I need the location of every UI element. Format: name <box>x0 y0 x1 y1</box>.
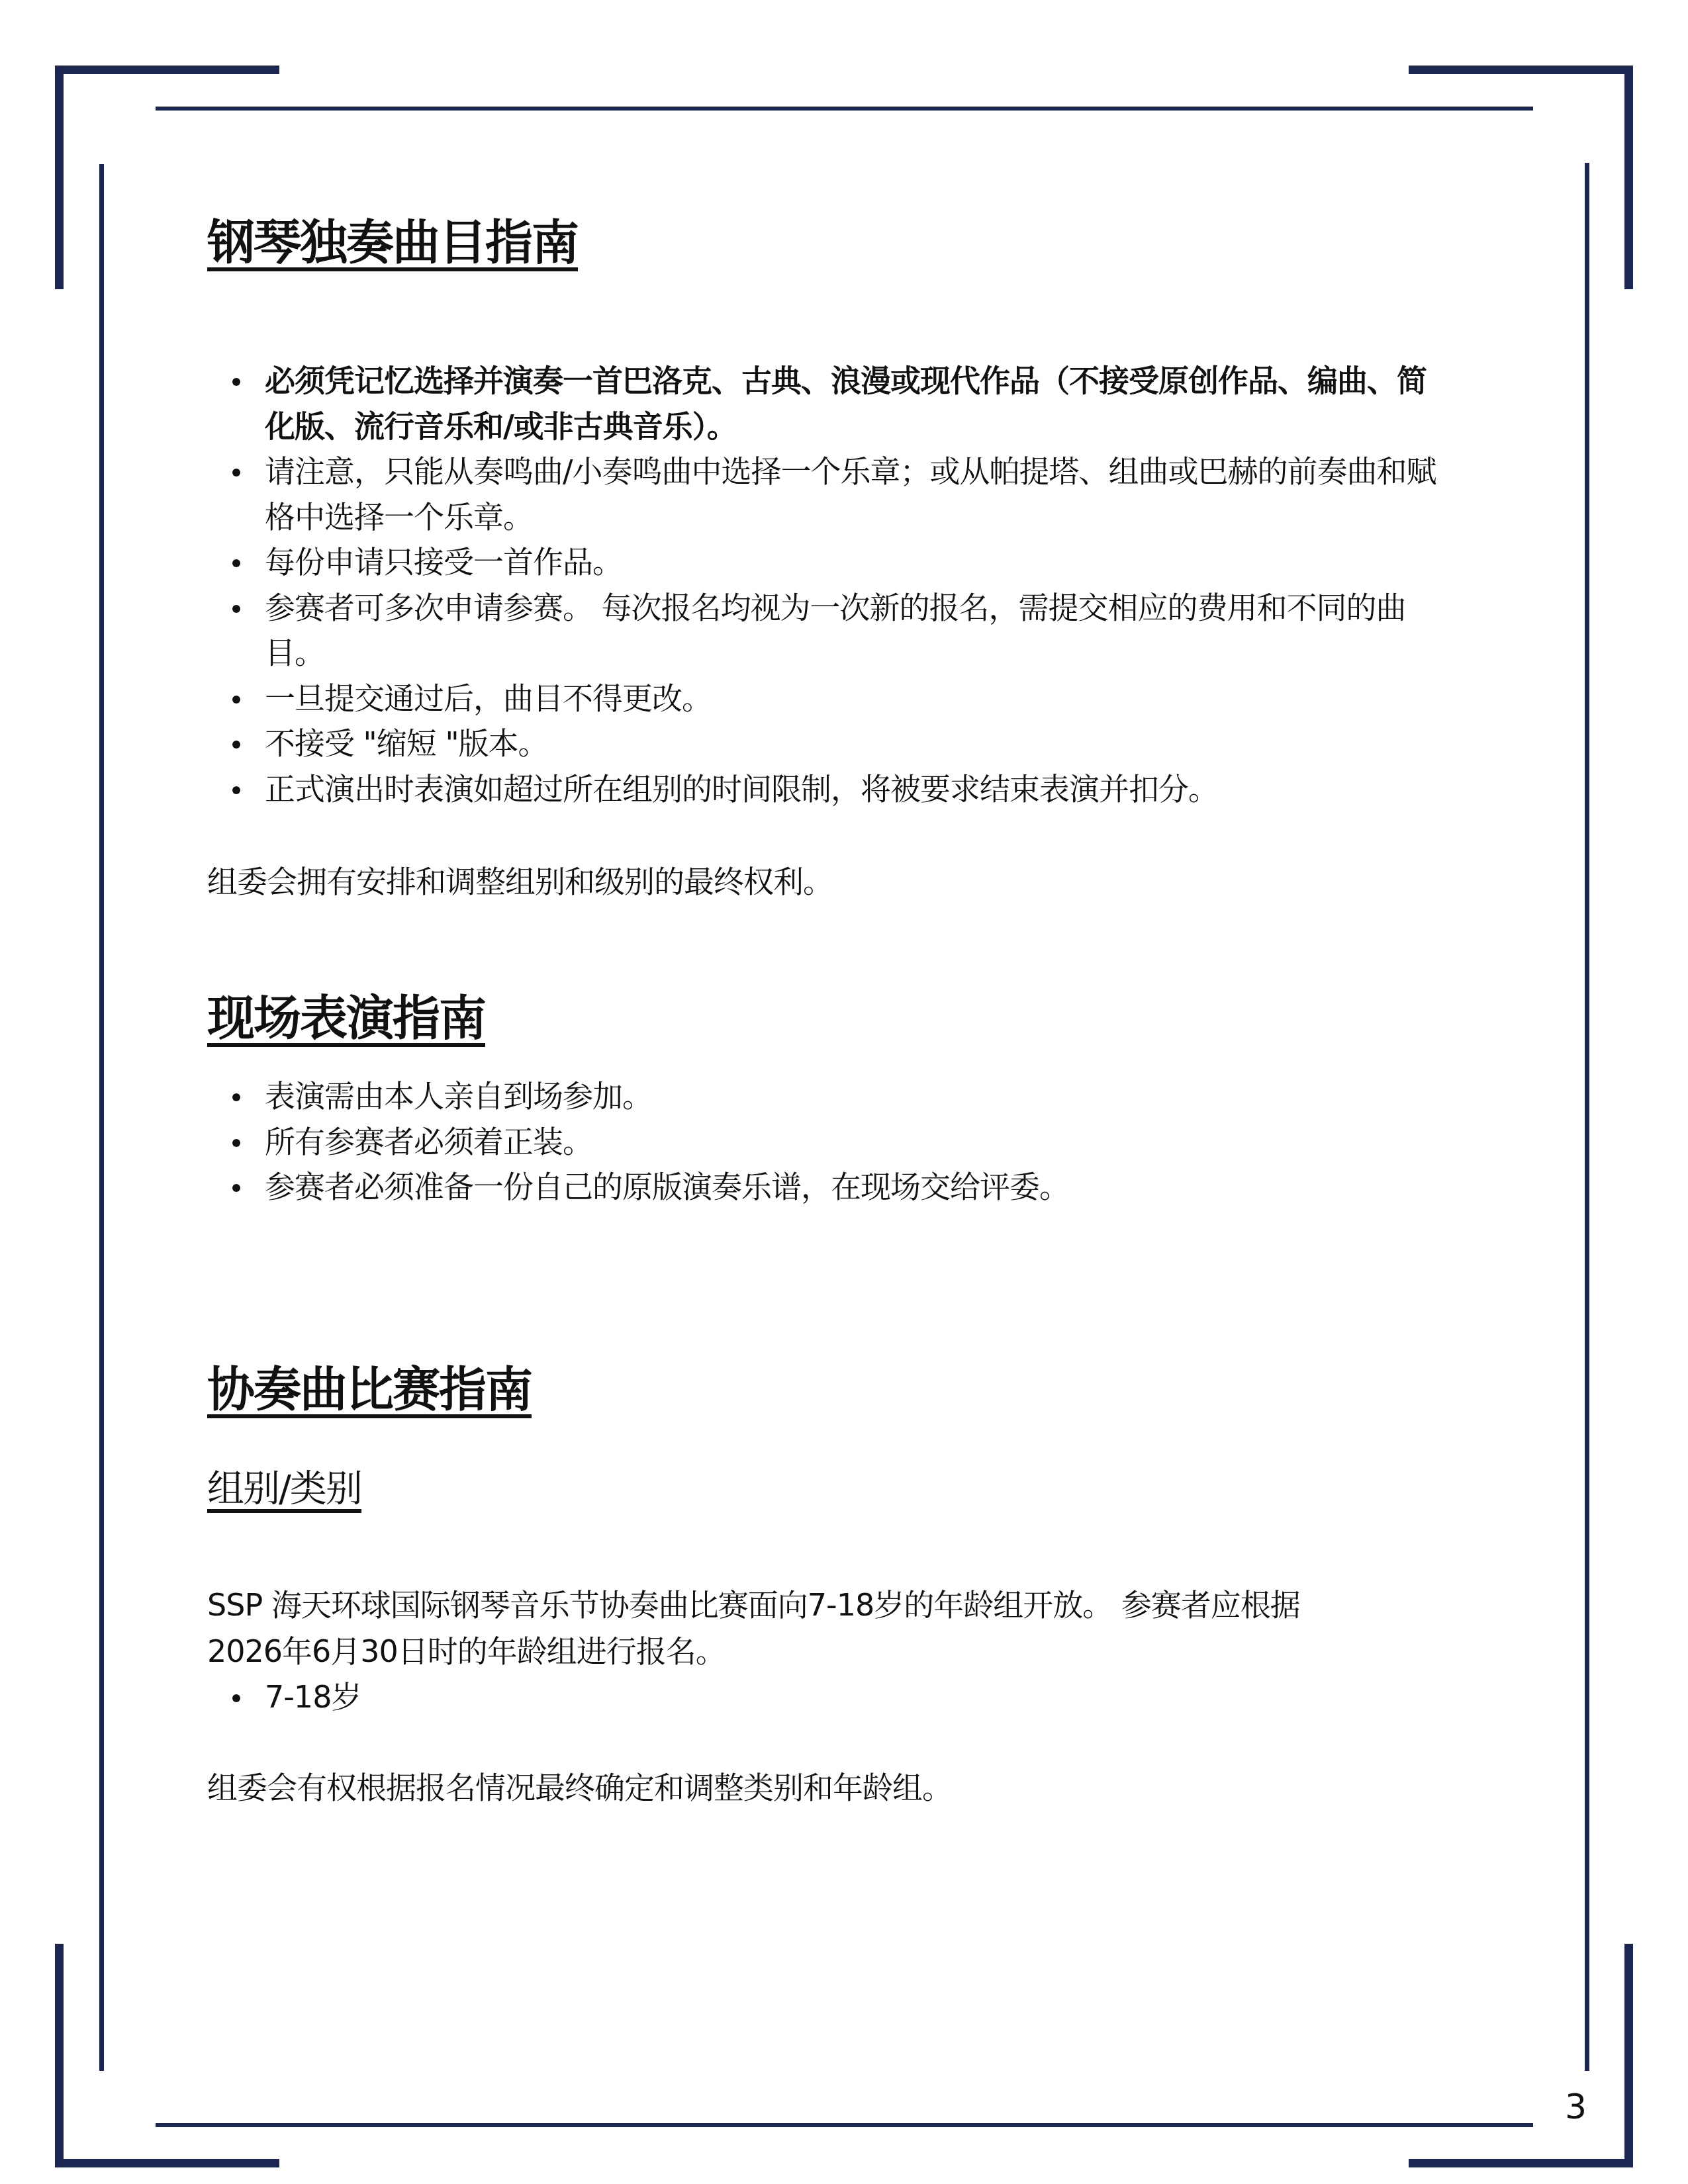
inner-left-rule <box>99 164 104 2071</box>
list-item: 7-18岁 <box>207 1674 1465 1720</box>
organizer-rights-note: 组委会拥有安排和调整组别和级别的最终权利。 <box>207 858 1465 905</box>
bullet-icon <box>232 1184 240 1192</box>
section-concerto: 协奏曲比赛指南 <box>207 1365 1465 1418</box>
concerto-intro: SSP 海天环球国际钢琴音乐节协奏曲比赛面向7-18岁的年龄组开放。 参赛者应根… <box>207 1582 1465 1674</box>
list-item: 请注意，只能从奏鸣曲/小奏鸣曲中选择一个乐章；或从帕提塔、组曲或巴赫的前奏曲和赋… <box>207 449 1443 539</box>
list-item: 参赛者必须准备一份自己的原版演奏乐谱，在现场交给评委。 <box>207 1164 1465 1210</box>
solo-rules-list: 必须凭记忆选择并演奏一首巴洛克、古典、浪漫或现代作品（不接受原创作品、编曲、简化… <box>207 358 1465 811</box>
section-live-performance: 现场表演指南 <box>207 994 1465 1047</box>
bullet-icon <box>232 1694 240 1702</box>
frame-top-left-horizontal <box>55 66 279 74</box>
section-solo-repertoire: 钢琴独奏曲目指南 <box>207 218 1465 271</box>
bullet-icon <box>232 696 240 704</box>
bullet-icon <box>232 741 240 749</box>
list-item: 一旦提交通过后，曲目不得更改。 <box>207 676 1465 721</box>
frame-bottom-right-horizontal <box>1409 2159 1633 2167</box>
bullet-icon <box>232 559 240 567</box>
bullet-icon <box>232 605 240 613</box>
section-title-live: 现场表演指南 <box>207 994 485 1047</box>
list-item: 每份申请只接受一首作品。 <box>207 539 1465 585</box>
concerto-age-list: 7-18岁 <box>207 1674 1465 1720</box>
section-title-solo: 钢琴独奏曲目指南 <box>207 218 578 271</box>
page-number: 3 <box>1565 2090 1587 2124</box>
list-item: 正式演出时表演如超过所在组别的时间限制，将被要求结束表演并扣分。 <box>207 766 1465 812</box>
list-item: 必须凭记忆选择并演奏一首巴洛克、古典、浪漫或现代作品（不接受原创作品、编曲、简化… <box>207 358 1443 449</box>
bullet-icon <box>232 1139 240 1147</box>
list-item: 不接受 "缩短 "版本。 <box>207 721 1465 766</box>
concerto-subtitle-block: 组别/类别 <box>207 1471 1465 1513</box>
frame-bottom-left-vertical <box>55 1944 64 2167</box>
list-item: 参赛者可多次申请参赛。 每次报名均视为一次新的报名，需提交相应的费用和不同的曲目… <box>207 585 1443 676</box>
subsection-title-categories: 组别/类别 <box>207 1471 361 1513</box>
bullet-icon <box>232 1093 240 1101</box>
inner-bottom-rule <box>156 2123 1533 2127</box>
list-item: 表演需由本人亲自到场参加。 <box>207 1073 1465 1119</box>
frame-bottom-left-horizontal <box>55 2159 279 2167</box>
concerto-intro-line-2: 2026年6月30日时的年龄组进行报名。 <box>207 1628 1465 1674</box>
list-item: 所有参赛者必须着正装。 <box>207 1119 1465 1165</box>
frame-top-left-vertical <box>55 66 64 289</box>
frame-top-right-vertical <box>1624 66 1633 289</box>
solo-note: 组委会拥有安排和调整组别和级别的最终权利。 <box>207 858 1465 905</box>
concerto-note: 组委会有权根据报名情况最终确定和调整类别和年龄组。 <box>207 1764 1465 1811</box>
organizer-adjust-note: 组委会有权根据报名情况最终确定和调整类别和年龄组。 <box>207 1764 1465 1811</box>
inner-right-rule <box>1585 163 1589 2071</box>
live-rules-list: 表演需由本人亲自到场参加。 所有参赛者必须着正装。 参赛者必须准备一份自己的原版… <box>207 1073 1465 1210</box>
bullet-icon <box>232 786 240 794</box>
inner-top-rule <box>156 107 1533 111</box>
frame-bottom-right-vertical <box>1624 1944 1633 2167</box>
frame-top-right-horizontal <box>1409 66 1633 74</box>
concerto-intro-line-1: SSP 海天环球国际钢琴音乐节协奏曲比赛面向7-18岁的年龄组开放。 参赛者应根… <box>207 1582 1465 1628</box>
bullet-icon <box>232 378 240 386</box>
bullet-icon <box>232 469 240 477</box>
section-title-concerto: 协奏曲比赛指南 <box>207 1365 532 1418</box>
